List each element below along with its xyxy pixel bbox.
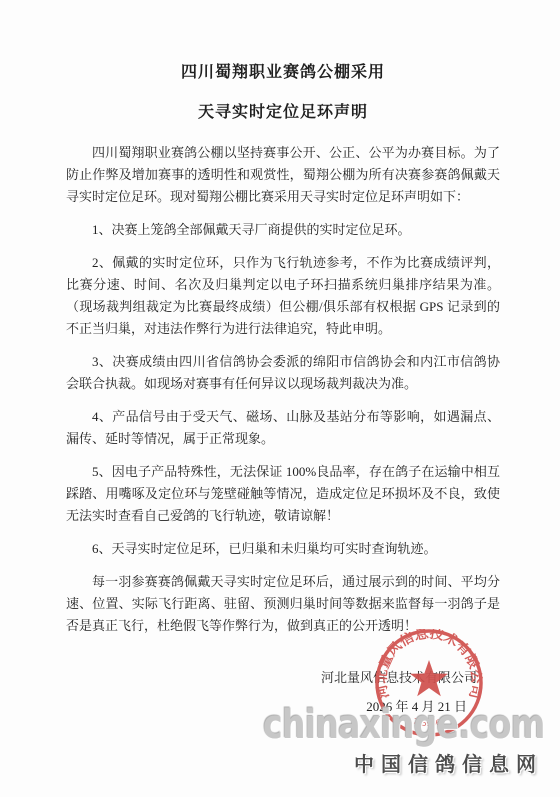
body-paragraph: 2、佩戴的实时定位环，只作为飞行轨迹参考，不作为比赛成绩评判，比赛分速、时间、名…: [66, 252, 500, 340]
body-paragraph: 每一羽参赛赛鸽佩戴天寻实时定位足环后，通过展示到的时间、平均分速、位置、实际飞行…: [66, 571, 500, 637]
document-title-line2: 天寻实时定位足环声明: [66, 102, 500, 124]
body-paragraph: 3、决赛成绩由四川省信鸽协会委派的绵阳市信鸽协会和内江市信鸽协会联合执裁。如现场…: [66, 351, 500, 395]
body-paragraph: 4、产品信号由于受天气、磁场、山脉及基站分布等影响，如遇漏点、漏传、延时等情况，…: [66, 406, 500, 450]
seal-star-icon: [410, 660, 448, 696]
document-content: 四川蜀翔职业赛鸽公棚采用 天寻实时定位足环声明 四川蜀翔职业赛鸽公棚以坚持赛事公…: [66, 62, 500, 718]
document-page: 四川蜀翔职业赛鸽公棚采用 天寻实时定位足环声明 四川蜀翔职业赛鸽公棚以坚持赛事公…: [0, 0, 560, 797]
body-paragraph: 5、因电子产品特殊性，无法保证 100%良品率，存在鸽子在运输中相互踩踏、用嘴啄…: [66, 461, 500, 527]
watermark-site-name: 中国信鸽信息网: [354, 748, 543, 777]
document-body: 四川蜀翔职业赛鸽公棚以坚持赛事公开、公正、公平为办赛目标。为了防止作弊及增加赛事…: [66, 142, 500, 637]
body-paragraph: 四川蜀翔职业赛鸽公棚以坚持赛事公开、公正、公平为办赛目标。为了防止作弊及增加赛事…: [66, 142, 500, 208]
document-title-line1: 四川蜀翔职业赛鸽公棚采用: [66, 62, 500, 84]
watermark-domain: chinaxinge.com: [263, 702, 545, 748]
body-paragraph: 1、决赛上笼鸽全部佩戴天寻厂商提供的实时定位足环。: [66, 219, 500, 241]
body-paragraph: 6、天寻实时定位足环，已归巢和未归巢均可实时查询轨迹。: [66, 538, 500, 560]
